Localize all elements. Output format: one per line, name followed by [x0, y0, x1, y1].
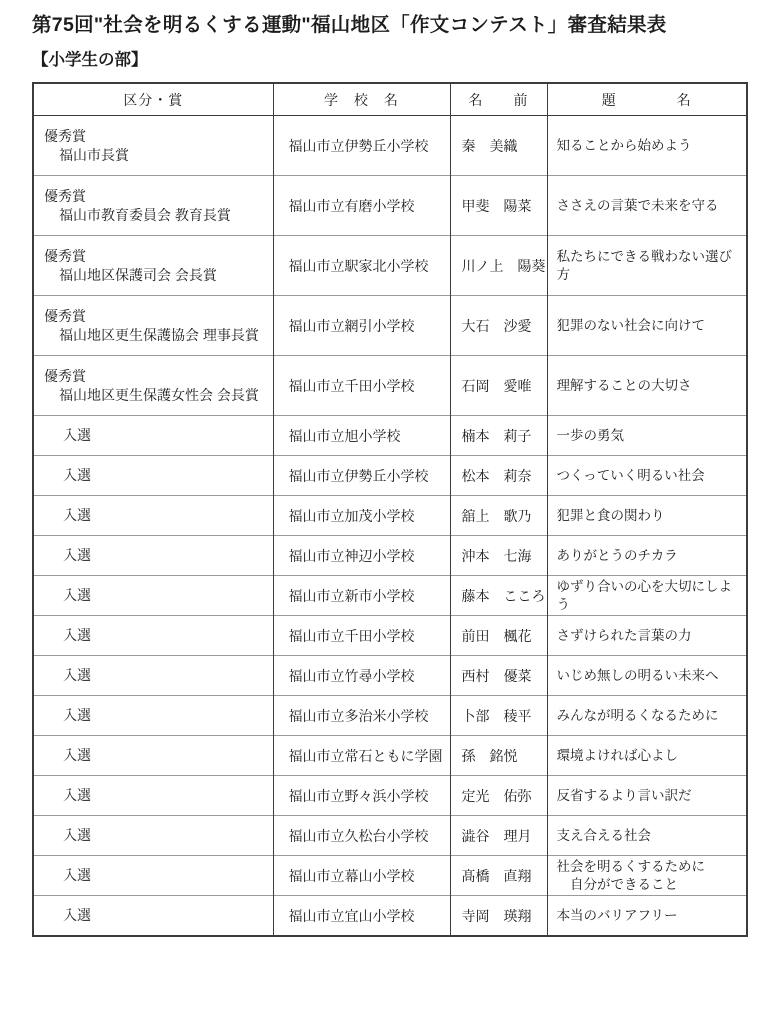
col-header-school: 学 校 名: [273, 83, 450, 116]
essay-title-cell: 理解することの大切さ: [547, 356, 747, 416]
name-cell: 寺岡 瑛翔: [450, 896, 547, 937]
rank-cell: 入選: [33, 496, 273, 536]
rank-cell: 入選: [33, 456, 273, 496]
table-row: 優秀賞 福山地区更生保護協会 理事長賞 福山市立網引小学校 大石 沙愛 犯罪のな…: [33, 296, 747, 356]
name-cell: 沖本 七海: [450, 536, 547, 576]
rank-label: 入選: [44, 426, 272, 445]
school-cell: 福山市立幕山小学校: [273, 856, 450, 896]
rank-label: 優秀賞: [44, 247, 272, 266]
essay-title-cell: 知ることから始めよう: [547, 116, 747, 176]
table-row: 優秀賞 福山地区更生保護女性会 会長賞 福山市立千田小学校 石岡 愛唯 理解する…: [33, 356, 747, 416]
rank-cell: 入選: [33, 856, 273, 896]
results-table: 区分・賞 学 校 名 名 前 題 名 優秀賞 福山市長賞 福山市立伊勢丘小学校 …: [32, 82, 748, 937]
school-cell: 福山市立神辺小学校: [273, 536, 450, 576]
essay-title-cell: 社会を明るくするために 自分ができること: [547, 856, 747, 896]
school-cell: 福山市立常石ともに学園: [273, 736, 450, 776]
essay-title-cell: 支え合える社会: [547, 816, 747, 856]
rank-cell: 優秀賞 福山市教育委員会 教育長賞: [33, 176, 273, 236]
name-cell: 舘上 歌乃: [450, 496, 547, 536]
rank-label: 入選: [44, 506, 272, 525]
page-title: 第75回"社会を明るくする運動"福山地区「作文コンテスト」審査結果表: [32, 13, 750, 38]
essay-title-cell: 私たちにできる戦わない選び方: [547, 236, 747, 296]
essay-title-cell: みんなが明るくなるために: [547, 696, 747, 736]
essay-title-cell: 一歩の勇気: [547, 416, 747, 456]
name-cell: 秦 美織: [450, 116, 547, 176]
school-cell: 福山市立駅家北小学校: [273, 236, 450, 296]
rank-label: 入選: [44, 466, 272, 485]
essay-title-cell: ゆずり合いの心を大切にしよう: [547, 576, 747, 616]
rank-cell: 入選: [33, 416, 273, 456]
school-cell: 福山市立伊勢丘小学校: [273, 456, 450, 496]
table-row: 優秀賞 福山地区保護司会 会長賞 福山市立駅家北小学校 川ノ上 陽葵 私たちにで…: [33, 236, 747, 296]
table-row: 入選 福山市立加茂小学校 舘上 歌乃 犯罪と食の関わり: [33, 496, 747, 536]
table-row: 入選 福山市立新市小学校 藤本 こころ ゆずり合いの心を大切にしよう: [33, 576, 747, 616]
rank-sub-label: 福山地区更生保護女性会 会長賞: [44, 386, 272, 405]
rank-sub-label: 福山地区更生保護協会 理事長賞: [44, 326, 272, 345]
rank-cell: 入選: [33, 896, 273, 937]
school-cell: 福山市立加茂小学校: [273, 496, 450, 536]
rank-label: 優秀賞: [44, 187, 272, 206]
school-cell: 福山市立網引小学校: [273, 296, 450, 356]
name-cell: 大石 沙愛: [450, 296, 547, 356]
name-cell: 甲斐 陽菜: [450, 176, 547, 236]
rank-cell: 入選: [33, 656, 273, 696]
name-cell: 藤本 こころ: [450, 576, 547, 616]
table-row: 入選 福山市立神辺小学校 沖本 七海 ありがとうのチカラ: [33, 536, 747, 576]
essay-title-cell: 本当のバリアフリー: [547, 896, 747, 937]
table-row: 優秀賞 福山市長賞 福山市立伊勢丘小学校 秦 美織 知ることから始めよう: [33, 116, 747, 176]
name-cell: 澁谷 理月: [450, 816, 547, 856]
table-row: 入選 福山市立多治米小学校 卜部 稜平 みんなが明るくなるために: [33, 696, 747, 736]
table-row: 優秀賞 福山市教育委員会 教育長賞 福山市立有磨小学校 甲斐 陽菜 ささえの言葉…: [33, 176, 747, 236]
table-row: 入選 福山市立久松台小学校 澁谷 理月 支え合える社会: [33, 816, 747, 856]
col-header-rank: 区分・賞: [33, 83, 273, 116]
rank-label: 入選: [44, 826, 272, 845]
rank-cell: 入選: [33, 736, 273, 776]
rank-label: 入選: [44, 786, 272, 805]
name-cell: 楠本 莉子: [450, 416, 547, 456]
school-cell: 福山市立千田小学校: [273, 616, 450, 656]
name-cell: 定光 佑弥: [450, 776, 547, 816]
table-row: 入選 福山市立竹尋小学校 西村 優菜 いじめ無しの明るい未来へ: [33, 656, 747, 696]
essay-title-cell: 反省するより言い訳だ: [547, 776, 747, 816]
essay-title-cell: 犯罪と食の関わり: [547, 496, 747, 536]
essay-title-cell: 犯罪のない社会に向けて: [547, 296, 747, 356]
rank-label: 入選: [44, 706, 272, 725]
col-header-name: 名 前: [450, 83, 547, 116]
name-cell: 石岡 愛唯: [450, 356, 547, 416]
table-row: 入選 福山市立伊勢丘小学校 松本 莉奈 つくっていく明るい社会: [33, 456, 747, 496]
rank-cell: 優秀賞 福山地区更生保護協会 理事長賞: [33, 296, 273, 356]
school-cell: 福山市立宜山小学校: [273, 896, 450, 937]
name-cell: 前田 楓花: [450, 616, 547, 656]
name-cell: 孫 銘悦: [450, 736, 547, 776]
rank-label: 入選: [44, 626, 272, 645]
school-cell: 福山市立千田小学校: [273, 356, 450, 416]
rank-label: 入選: [44, 666, 272, 685]
rank-cell: 優秀賞 福山地区保護司会 会長賞: [33, 236, 273, 296]
col-header-title: 題 名: [547, 83, 747, 116]
essay-title-cell: さずけられた言葉の力: [547, 616, 747, 656]
name-cell: 西村 優菜: [450, 656, 547, 696]
rank-label: 入選: [44, 586, 272, 605]
essay-title-cell: 環境よければ心よし: [547, 736, 747, 776]
rank-sub-label: 福山地区保護司会 会長賞: [44, 266, 272, 285]
rank-cell: 優秀賞 福山市長賞: [33, 116, 273, 176]
rank-label: 入選: [44, 866, 272, 885]
rank-cell: 入選: [33, 536, 273, 576]
school-cell: 福山市立多治米小学校: [273, 696, 450, 736]
school-cell: 福山市立有磨小学校: [273, 176, 450, 236]
rank-cell: 入選: [33, 616, 273, 656]
school-cell: 福山市立野々浜小学校: [273, 776, 450, 816]
rank-cell: 入選: [33, 776, 273, 816]
essay-title-cell: いじめ無しの明るい未来へ: [547, 656, 747, 696]
rank-label: 入選: [44, 906, 272, 925]
table-header: 区分・賞 学 校 名 名 前 題 名: [33, 83, 747, 116]
table-row: 入選 福山市立野々浜小学校 定光 佑弥 反省するより言い訳だ: [33, 776, 747, 816]
school-cell: 福山市立竹尋小学校: [273, 656, 450, 696]
rank-sub-label: 福山市長賞: [44, 146, 272, 165]
rank-label: 優秀賞: [44, 127, 272, 146]
rank-label: 入選: [44, 746, 272, 765]
name-cell: 髙橋 直翔: [450, 856, 547, 896]
table-body: 優秀賞 福山市長賞 福山市立伊勢丘小学校 秦 美織 知ることから始めよう 優秀賞…: [33, 116, 747, 937]
school-cell: 福山市立伊勢丘小学校: [273, 116, 450, 176]
rank-label: 優秀賞: [44, 307, 272, 326]
rank-label: 優秀賞: [44, 367, 272, 386]
table-row: 入選 福山市立旭小学校 楠本 莉子 一歩の勇気: [33, 416, 747, 456]
document-page: 第75回"社会を明るくする運動"福山地区「作文コンテスト」審査結果表 【小学生の…: [0, 0, 764, 1024]
rank-cell: 優秀賞 福山地区更生保護女性会 会長賞: [33, 356, 273, 416]
school-cell: 福山市立新市小学校: [273, 576, 450, 616]
table-row: 入選 福山市立常石ともに学園 孫 銘悦 環境よければ心よし: [33, 736, 747, 776]
essay-title-cell: ささえの言葉で未来を守る: [547, 176, 747, 236]
name-cell: 松本 莉奈: [450, 456, 547, 496]
rank-cell: 入選: [33, 696, 273, 736]
name-cell: 川ノ上 陽葵: [450, 236, 547, 296]
essay-title-cell: ありがとうのチカラ: [547, 536, 747, 576]
essay-title-cell: つくっていく明るい社会: [547, 456, 747, 496]
name-cell: 卜部 稜平: [450, 696, 547, 736]
table-row: 入選 福山市立宜山小学校 寺岡 瑛翔 本当のバリアフリー: [33, 896, 747, 937]
school-cell: 福山市立旭小学校: [273, 416, 450, 456]
rank-sub-label: 福山市教育委員会 教育長賞: [44, 206, 272, 225]
table-row: 入選 福山市立幕山小学校 髙橋 直翔 社会を明るくするために 自分ができること: [33, 856, 747, 896]
rank-label: 入選: [44, 546, 272, 565]
section-heading: 【小学生の部】: [32, 51, 750, 71]
rank-cell: 入選: [33, 576, 273, 616]
school-cell: 福山市立久松台小学校: [273, 816, 450, 856]
table-row: 入選 福山市立千田小学校 前田 楓花 さずけられた言葉の力: [33, 616, 747, 656]
rank-cell: 入選: [33, 816, 273, 856]
